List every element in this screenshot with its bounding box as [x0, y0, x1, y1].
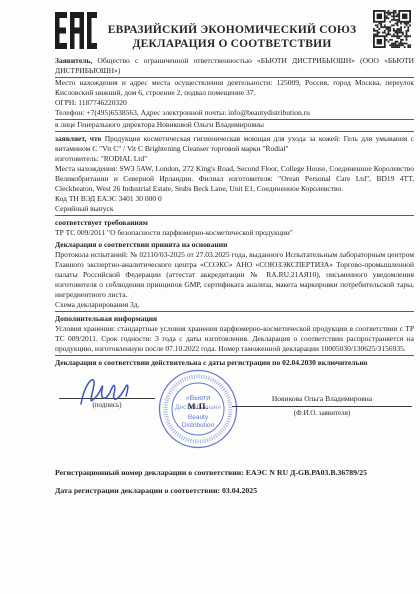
compliance-heading: соответствует требованиям [55, 218, 414, 228]
eac-logo-icon [55, 12, 97, 49]
applicant-line: Заявитель, Общество с ограниченной ответ… [55, 56, 414, 78]
svg-text:Beauty: Beauty [188, 414, 209, 421]
basis-text: Протокола испытаний: № 02110/03-2025 от … [55, 250, 414, 300]
product-description: Продукция косметическая гигиеническая мо… [55, 134, 414, 153]
declaration-scheme: Схема декларирования 3д. [55, 300, 414, 312]
release-type: Серийный выпуск [55, 204, 414, 216]
fio-area: Новикова Ольга Владимировна (Ф.И.О. заяв… [232, 394, 412, 418]
qr-code-icon [373, 10, 411, 48]
applicant-label: Заявитель, [55, 56, 92, 65]
eac-logo [55, 12, 97, 49]
registration-number: Регистрационный номер декларации о соотв… [55, 467, 414, 478]
document-header: ЕВРАЗИЙСКИЙ ЭКОНОМИЧЕСКИЙ СОЮЗ ДЕКЛАРАЦИ… [100, 23, 364, 51]
tnved-code: Код ТН ВЭД ЕАЭС 3401 30 000 0 [55, 194, 414, 204]
applicant-ogrn: ОГРН: 1187746220320 [55, 98, 414, 108]
signature-block: (подпись) М.П. «Бьюти Дистрибьюшн» Beaut… [55, 374, 414, 460]
validity-line: Декларация о соответствии действительна … [55, 358, 414, 368]
applicant-fio: Новикова Ольга Владимировна [232, 394, 412, 407]
basis-heading: Декларация о соответствии принята на осн… [55, 240, 414, 250]
registration-date: Дата регистрации декларации о соответств… [55, 485, 414, 496]
document-title: ДЕКЛАРАЦИЯ О СООТВЕТСТВИИ [100, 37, 364, 51]
svg-text:Distribution: Distribution [182, 422, 215, 429]
applicant-address: Место нахождения и адрес места осуществл… [55, 78, 414, 98]
signature-area: (подпись) [59, 396, 155, 410]
additional-heading: Дополнительная информация [55, 314, 414, 324]
fio-caption: (Ф.И.О. заявителя) [232, 408, 412, 418]
company-stamp: М.П. «Бьюти Дистрибьюшн» Beauty Distribu… [157, 368, 239, 450]
declares-label: заявляет, что [55, 134, 101, 143]
product-declaration: заявляет, что Продукция косметическая ги… [55, 134, 414, 154]
manufacturer-address: Места нахождения: SW3 5AW, London, 272 K… [55, 164, 414, 194]
applicant-name: Общество с ограниченной ответственностью… [55, 56, 414, 75]
document-body: Заявитель, Общество с ограниченной ответ… [55, 56, 414, 496]
mp-mark: М.П. [188, 401, 209, 411]
union-title: ЕВРАЗИЙСКИЙ ЭКОНОМИЧЕСКИЙ СОЮЗ [100, 23, 364, 37]
additional-text: Условия хранения: стандартные условия хр… [55, 324, 414, 356]
applicant-representative: в лице Генерального директора Новиковой … [55, 120, 414, 132]
signature-icon [73, 370, 145, 410]
compliance-regulation: ТР ТС 009/2011 "О безопасности парфюмерн… [55, 228, 414, 238]
declaration-document: ЕВРАЗИЙСКИЙ ЭКОНОМИЧЕСКИЙ СОЮЗ ДЕКЛАРАЦИ… [0, 0, 420, 594]
applicant-contacts: Телефон: +7(495)6538563, Адрес электронн… [55, 108, 414, 120]
manufacturer: изготовитель: "RODIAL Ltd" [55, 154, 414, 164]
